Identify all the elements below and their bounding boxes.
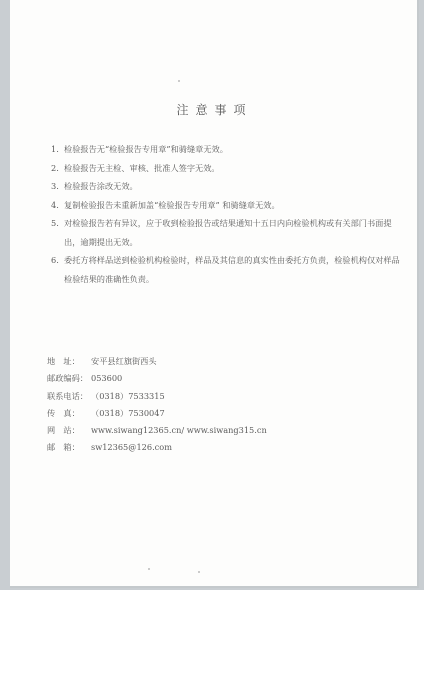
contact-website: 网 站：www.siwang12365.cn/ www.siwang315.cn bbox=[47, 422, 347, 439]
contact-email: 邮 箱：sw12365@126.com bbox=[47, 439, 347, 456]
contact-label: 联系电话： bbox=[47, 388, 91, 405]
scan-speck bbox=[198, 571, 200, 573]
contact-postcode: 邮政编码：053600 bbox=[47, 370, 347, 387]
note-item: 4. 复制检验报告未重新加盖“检验报告专用章” 和骑缝章无效。 bbox=[51, 196, 401, 215]
note-number: 1. bbox=[51, 140, 59, 159]
contact-value: 安平县红旗街西头 bbox=[91, 356, 157, 366]
note-number: 5. bbox=[51, 214, 59, 233]
contact-label: 邮 箱： bbox=[47, 439, 91, 456]
note-number: 6. bbox=[51, 251, 59, 270]
note-number: 3. bbox=[51, 177, 59, 196]
contact-label: 网 站： bbox=[47, 422, 91, 439]
contact-address: 地 址：安平县红旗街西头 bbox=[47, 353, 347, 370]
contact-phone: 联系电话：（0318）7533315 bbox=[47, 388, 347, 405]
contact-label: 邮政编码： bbox=[47, 370, 91, 387]
note-text: 复制检验报告未重新加盖“检验报告专用章” 和骑缝章无效。 bbox=[64, 196, 401, 215]
note-item: 2. 检验报告无主检、审核、批准人签字无效。 bbox=[51, 159, 401, 178]
contact-value: www.siwang12365.cn/ www.siwang315.cn bbox=[91, 425, 267, 435]
note-text: 对检验报告若有异议，应于收到检验报告或结果通知十五日内向检验机构或有关部门书面提… bbox=[64, 214, 401, 251]
note-text: 检验报告无主检、审核、批准人签字无效。 bbox=[64, 159, 401, 178]
document-page: 注意事项 1. 检验报告无“检验报告专用章”和骑缝章无效。 2. 检验报告无主检… bbox=[10, 0, 419, 588]
note-item: 5. 对检验报告若有异议，应于收到检验报告或结果通知十五日内向检验机构或有关部门… bbox=[51, 214, 401, 251]
contact-value: （0318）7530047 bbox=[91, 408, 165, 418]
note-item: 1. 检验报告无“检验报告专用章”和骑缝章无效。 bbox=[51, 140, 401, 159]
contact-value: （0318）7533315 bbox=[91, 391, 165, 401]
notes-list: 1. 检验报告无“检验报告专用章”和骑缝章无效。 2. 检验报告无主检、审核、批… bbox=[51, 140, 401, 288]
contact-label: 地 址： bbox=[47, 353, 91, 370]
note-number: 2. bbox=[51, 159, 59, 178]
note-item: 6. 委托方将样品送到检验机构检验时，样品及其信息的真实性由委托方负责，检验机构… bbox=[51, 251, 401, 288]
note-item: 3. 检验报告涂改无效。 bbox=[51, 177, 401, 196]
note-text: 检验报告无“检验报告专用章”和骑缝章无效。 bbox=[64, 140, 401, 159]
page-title: 注意事项 bbox=[10, 101, 419, 118]
contact-value: sw12365@126.com bbox=[91, 442, 172, 452]
contact-info: 地 址：安平县红旗街西头 邮政编码：053600 联系电话：（0318）7533… bbox=[47, 353, 347, 457]
scan-speck bbox=[148, 568, 150, 570]
note-number: 4. bbox=[51, 196, 59, 215]
contact-fax: 传 真：（0318）7530047 bbox=[47, 405, 347, 422]
note-text: 委托方将样品送到检验机构检验时，样品及其信息的真实性由委托方负责，检验机构仅对样… bbox=[64, 251, 401, 288]
contact-value: 053600 bbox=[91, 373, 122, 383]
scan-speck bbox=[178, 80, 180, 82]
note-text: 检验报告涂改无效。 bbox=[64, 177, 401, 196]
contact-label: 传 真： bbox=[47, 405, 91, 422]
